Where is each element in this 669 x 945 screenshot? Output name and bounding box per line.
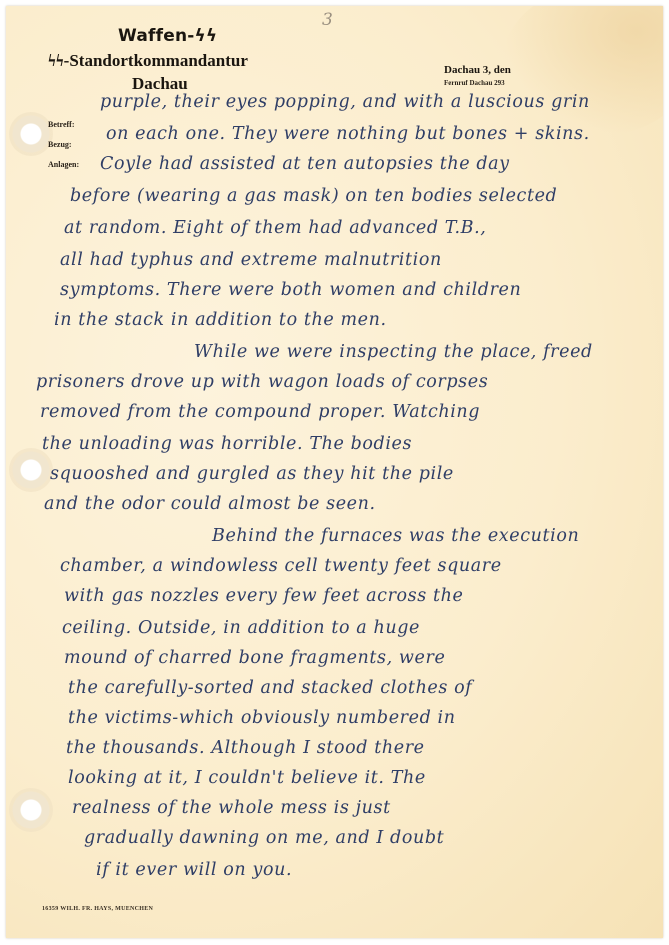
handwritten-line: purple, their eyes popping, and with a l… bbox=[100, 92, 590, 112]
label-anlagen: Anlagen: bbox=[48, 160, 79, 169]
handwritten-line: Coyle had assisted at ten autopsies the … bbox=[100, 154, 510, 174]
letter-page: 3 Waffen-ϟϟ ϟϟ-Standortkommandantur Dach… bbox=[6, 6, 663, 938]
handwritten-line: symptoms. There were both women and chil… bbox=[60, 280, 521, 300]
handwritten-line: the victims-which obviously numbered in bbox=[68, 708, 456, 728]
letterhead-office: ϟϟ-Standortkommandantur bbox=[48, 51, 248, 71]
handwritten-line: mound of charred bone fragments, were bbox=[64, 648, 445, 668]
handwritten-line: with gas nozzles every few feet across t… bbox=[64, 586, 463, 606]
handwritten-line: Behind the furnaces was the execution bbox=[212, 526, 579, 546]
label-bezug: Bezug: bbox=[48, 140, 72, 149]
paper-stain bbox=[503, 6, 663, 136]
handwritten-line: the unloading was horrible. The bodies bbox=[42, 434, 412, 454]
handwritten-line: chamber, a windowless cell twenty feet s… bbox=[60, 556, 502, 576]
handwritten-line: gradually dawning on me, and I doubt bbox=[84, 828, 444, 848]
handwritten-line: the thousands. Although I stood there bbox=[66, 738, 425, 758]
letterhead-title: Waffen-ϟϟ bbox=[118, 26, 217, 46]
punch-hole-icon bbox=[9, 112, 53, 156]
handwritten-line: in the stack in addition to the men. bbox=[54, 310, 387, 330]
handwritten-line: squooshed and gurgled as they hit the pi… bbox=[50, 464, 454, 484]
label-betreff: Betreff: bbox=[48, 120, 75, 129]
handwritten-line: the carefully-sorted and stacked clothes… bbox=[68, 678, 472, 698]
handwritten-line: prisoners drove up with wagon loads of c… bbox=[36, 372, 488, 392]
letterhead-location: Dachau bbox=[132, 74, 188, 94]
printer-mark: 16359 WILH. FR. HAYS, MUENCHEN bbox=[42, 906, 153, 912]
punch-hole-icon bbox=[9, 788, 53, 832]
handwritten-line: at random. Eight of them had advanced T.… bbox=[64, 218, 486, 238]
punch-hole-icon bbox=[9, 448, 53, 492]
page-number: 3 bbox=[322, 10, 333, 30]
handwritten-line: ceiling. Outside, in addition to a huge bbox=[62, 618, 420, 638]
handwritten-line: all had typhus and extreme malnutrition bbox=[60, 250, 442, 270]
handwritten-line: and the odor could almost be seen. bbox=[44, 494, 376, 514]
phone-number: Fernruf Dachau 293 bbox=[444, 79, 505, 87]
handwritten-line: While we were inspecting the place, free… bbox=[194, 342, 593, 362]
place-date-field: Dachau 3, den bbox=[444, 64, 511, 76]
handwritten-line: if it ever will on you. bbox=[96, 860, 292, 880]
handwritten-line: before (wearing a gas mask) on ten bodie… bbox=[70, 186, 557, 206]
handwritten-line: realness of the whole mess is just bbox=[72, 798, 391, 818]
handwritten-line: removed from the compound proper. Watchi… bbox=[40, 402, 480, 422]
handwritten-line: looking at it, I couldn't believe it. Th… bbox=[68, 768, 426, 788]
handwritten-line: on each one. They were nothing but bones… bbox=[106, 124, 590, 144]
